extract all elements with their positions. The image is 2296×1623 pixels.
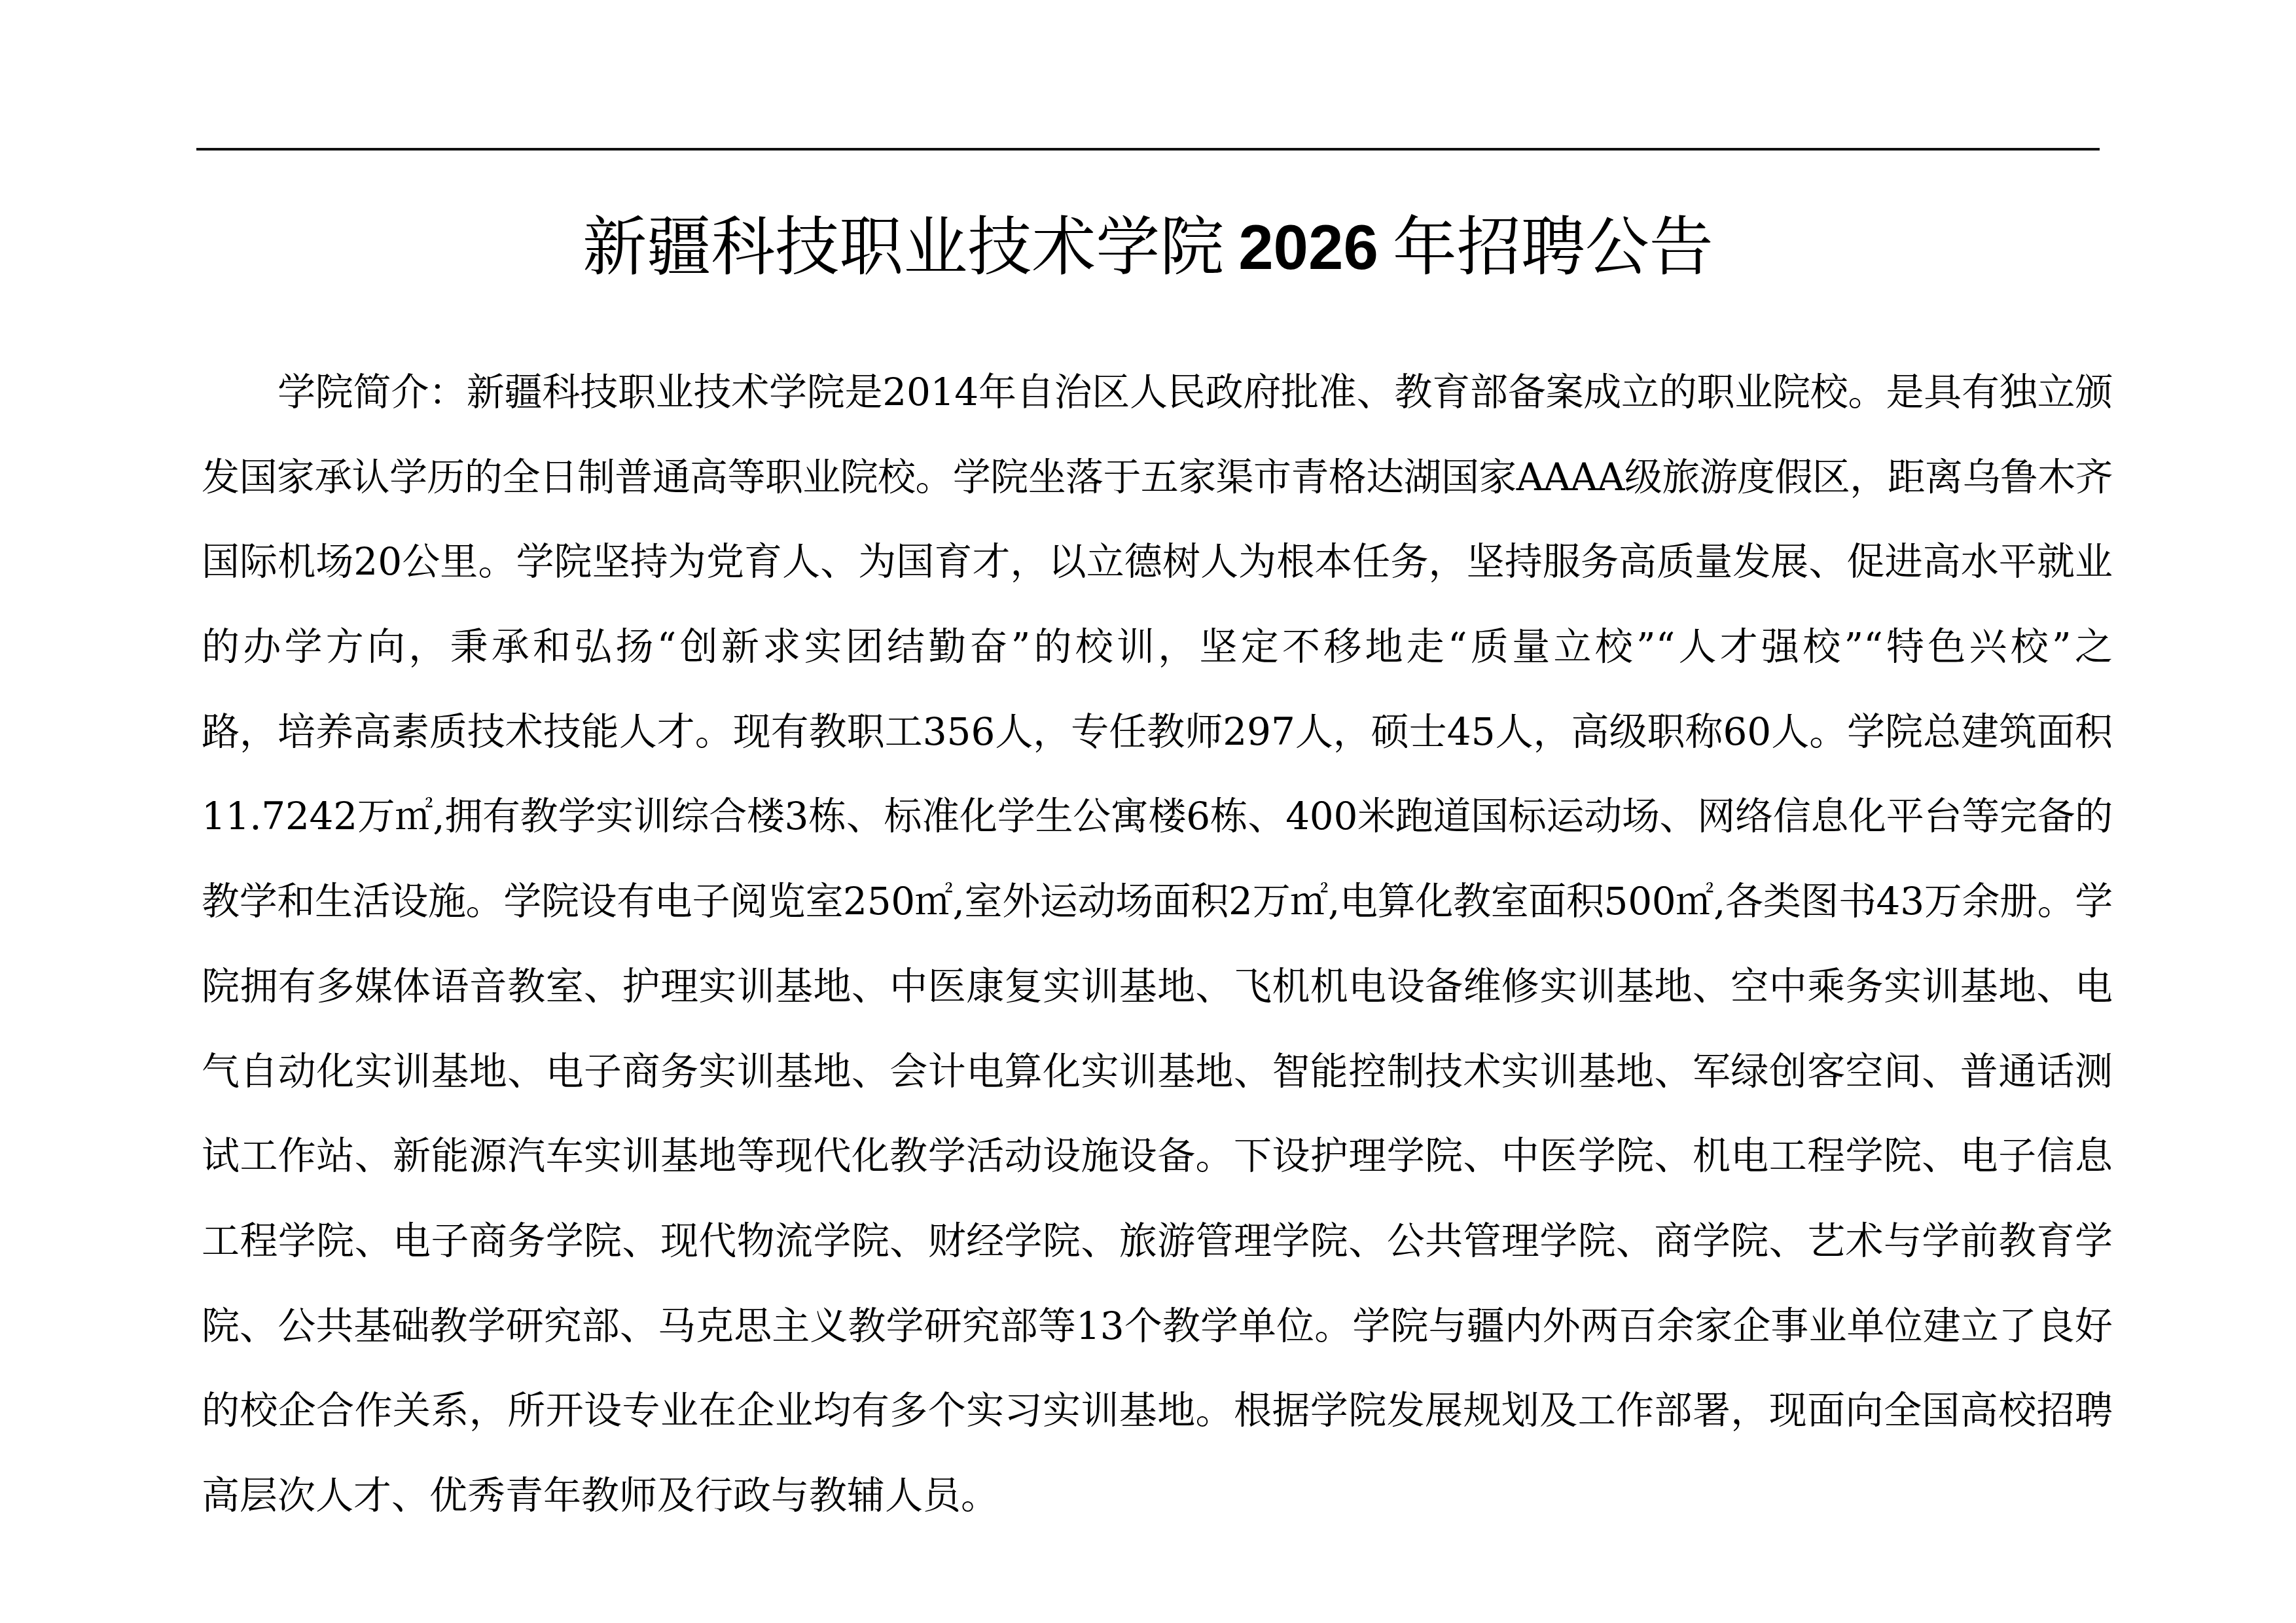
paragraph-line: 院拥有多媒体语音教室、护理实训基地、中医康复实训基地、飞机机电设备维修实训基地、… (202, 963, 2113, 1048)
paragraph-line: 的校企合作关系，所开设专业在企业均有多个实习实训基地。根据学院发展规划及工作部署… (202, 1387, 2113, 1472)
paragraph-line: 教学和生活设施。学院设有电子阅览室250㎡,室外运动场面积2万㎡,电算化教室面积… (202, 878, 2113, 963)
title-prefix: 新疆科技职业技术学院 (583, 210, 1224, 285)
paragraph-line: 院、公共基础教学研究部、马克思主义教学研究部等13个教学单位。学院与疆内外两百余… (202, 1303, 2113, 1388)
paragraph-line: 国际机场20公里。学院坚持为党育人、为国育才，以立德树人为根本任务，坚持服务高质… (202, 539, 2113, 624)
paragraph-line: 试工作站、新能源汽车实训基地等现代化教学活动设施设备。下设护理学院、中医学院、机… (202, 1133, 2113, 1218)
header-rule (196, 148, 2100, 151)
intro-paragraph: 学院简介：新疆科技职业技术学院是2014年自治区人民政府批准、教育部备案成立的职… (202, 369, 2113, 1558)
paragraph-line: 工程学院、电子商务学院、现代物流学院、财经学院、旅游管理学院、公共管理学院、商学… (202, 1218, 2113, 1303)
paragraph-line: 11.7242万㎡,拥有教学实训综合楼3栋、标准化学生公寓楼6栋、400米跑道国… (202, 793, 2113, 878)
paragraph-line: 高层次人才、优秀青年教师及行政与教辅人员。 (202, 1472, 2113, 1558)
paragraph-line: 气自动化实训基地、电子商务实训基地、会计电算化实训基地、智能控制技术实训基地、军… (202, 1048, 2113, 1133)
paragraph-line: 路，培养高素质技术技能人才。现有教职工356人，专任教师297人，硕士45人，高… (202, 709, 2113, 794)
title-suffix: 年招聘公告 (1393, 210, 1713, 285)
title-year: 2026 (1238, 213, 1378, 283)
document-page: 新疆科技职业技术学院2026年招聘公告 学院简介：新疆科技职业技术学院是2014… (0, 0, 2296, 1623)
paragraph-line: 的办学方向，秉承和弘扬“创新求实团结勤奋”的校训，坚定不移地走“质量立校”“人才… (202, 624, 2113, 709)
page-title: 新疆科技职业技术学院2026年招聘公告 (196, 208, 2100, 287)
paragraph-line: 学院简介：新疆科技职业技术学院是2014年自治区人民政府批准、教育部备案成立的职… (202, 369, 2113, 454)
paragraph-line: 发国家承认学历的全日制普通高等职业院校。学院坐落于五家渠市青格达湖国家AAAA级… (202, 454, 2113, 539)
